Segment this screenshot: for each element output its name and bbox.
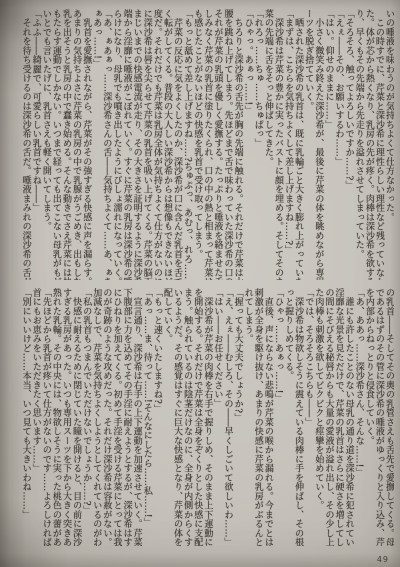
text-column: の間にそびえる秘唇からも大量の愛液が溢れ出し、その少し上に備わっ: [323, 288, 333, 546]
text-column: 深沙希は物欲しそうに震えている肉棒に手を伸ばし、その根元をぎゅ: [293, 288, 303, 546]
text-column: 「えぇ――その、お願いするわ……」: [333, 9, 343, 280]
text-column: 「もっと舐めて差し上げますね……?ちゅぷっ、あむっ、れろ……」: [182, 9, 192, 280]
text-column: 熟れた乳輪。その中央には、物欲しそうに実った桃色の蕾がある。: [51, 288, 61, 546]
text-column: 加減なしで、芹菜を気持ちよくしようとしてくれているのがわかる。: [91, 288, 101, 546]
text-column: 小さく微笑み終えた深沙希が、最後に芹菜の体を眺めながら専用ス: [313, 9, 323, 280]
text-column: を開始する。それだけで芹菜は全身をぞくりとした快感に支配されてし: [192, 288, 202, 546]
text-column: を内部からねっとりと侵食していく。: [364, 288, 374, 546]
text-column: 腰を跳ね上げてしまう。先ほどまで舌で味わっていた深沙希の口の中。: [222, 9, 232, 280]
text-column: あまりの気持ちよさに芹菜の乳房の中で乳腺がうごめき、出もしない母: [71, 9, 81, 280]
text-column: 「ふふ――綺麗で、可愛らしい乳首ですね――」: [31, 9, 41, 280]
text-column: も感じたことがないほどの快感を乳首で受け取ってしまう。: [192, 9, 202, 280]
text-column: 下腹部に力を込めてその手淫に耐えようとするが、深沙希はすぐに手首: [121, 288, 131, 546]
text-column: 「ひゃっ。あぁっ……!」: [243, 9, 253, 280]
text-block-top: いの唾液を味わうのが気持ちよくて仕方なかった。 この時すでに、芹菜と深沙希に理性…: [12, 9, 394, 280]
text-column: っと握りしめてくる。: [283, 288, 293, 546]
text-column: 「先ほどから乳首が疼いて仕方がないのです……よろしければ、私の乳: [41, 288, 51, 546]
text-column: 宣言通り、深沙希は右手の上下運動を加速させていく。芹菜は咄嗟に: [132, 288, 142, 546]
text-column: 首にもお恵みをいただきたく思います……」: [31, 288, 41, 546]
text-column: た肉棒も刺激を欲してビクビクと痙攣を始めていく。: [313, 288, 323, 546]
text-column: 乳首を愛撫されながら、芹菜がその強すぎる快感に声を漏らす。その: [81, 9, 91, 280]
text-column: らけになり、母乳でも噴き出したようにびしょ濡れになっていく。: [111, 9, 121, 280]
text-column: にひねりを加えてくる。初めて手淫を受ける芹菜にとっては我慢できた: [111, 288, 121, 546]
text-column: 刺激が全身を駆け抜け、あまりの快感に芹菜の乳房がぶるんと大きく揺: [253, 288, 263, 546]
text-column: 「別にいいけど……本当、いつ見ても大きいわね……」: [21, 288, 31, 546]
text-column: に深沙希は唇を尖らせて芹菜の乳首を吸い上げてくる。芹菜の脳天に凄: [142, 9, 152, 280]
text-column: 乳を出そうと乳房の中で蠢き始める。そんな動きでさえ芹菜には快感を: [61, 9, 71, 280]
text-column: 深沙希は芹菜の豊かに実ったバストに顔を埋める。そしてそのまま芹: [273, 9, 283, 280]
text-column: ぁあっ……!」: [91, 9, 101, 280]
text-column: まう。触られているのは陰茎だけなのに、全身が内側からくすぐられて: [182, 288, 192, 546]
text-column: まじいまでの快感電流が走り、その大きさを証明するように深沙希の口の: [132, 9, 142, 280]
text-column: 「れろっ……ちゅ……ちゅぱっ」: [253, 9, 263, 280]
text-column: それが芹菜の乳頭を優しく愛撫する。たっぷりと唾液を絡ませた舌が惜: [212, 9, 222, 280]
text-column: のが奇跡のような攻めだった。それだけ深沙希は容赦がない。一切の手: [101, 288, 111, 546]
text-column: 端から淫靡に唾液がこぼれていく。すぐに芹菜の乳房は深沙希の唾液だ: [121, 9, 131, 280]
text-column: 「はい。仰せのままに……」: [323, 9, 333, 280]
text-column: 「そろそろ、触ってよろしいですか……?」: [344, 9, 354, 280]
text-column: 「まずは、こちらを気持ちよくして差し上げますね……?」: [283, 9, 293, 280]
text-column: この時すでに、芹菜と深沙希に理性らしい理性など残っていなかっ: [374, 9, 384, 280]
text-column: れてしまう。: [243, 288, 253, 546]
text-column: 「え、えぇ――むしろ、その――早くしごいて欲しいわ……」: [222, 288, 232, 546]
text-column: もたらす運動でしかない。いつまで経っても出てこない母乳がもどかし: [51, 9, 61, 280]
scanned-book-page: いの唾液を味わうのが気持ちよくて仕方なかった。 この時すでに、芹菜と深沙希に理性…: [0, 0, 400, 567]
text-column: 晒された深沙希の乳首は、既に乳輪ごと大きく膨れ上がっていた。: [293, 9, 303, 280]
text-column: ちろりと深沙希の舌先が胸の先端に触れる。それだけで芹菜は大きく: [233, 9, 243, 280]
text-column: いの唾液を味わうのが気持ちよくて仕方なかった。: [384, 9, 394, 280]
text-block-bottom: の乳首――そしてその奥の乳管さえも舌先で愛撫してくる。母乳の出口であるはずのその…: [12, 288, 394, 546]
text-column: いとでも言いたげに、乳首さえも軽く開いてしまう。: [41, 9, 51, 280]
text-column: 「あっ……ま、待って……!そんなにしたら……私……!」: [142, 288, 152, 546]
text-column: であるはずのその管に深沙希の唾液がゆっくりと入り込み、芹菜の乳房: [374, 288, 384, 546]
text-column: いるようだ。その感覚はすぐに巨大な快感となり、芹菜の体を徐々に支: [172, 288, 182, 546]
text-column: 菜の先端に舌をそっと伸ばしてきた。: [263, 9, 273, 280]
text-column: しみなく芹菜の乳首に塗りたくられ、口の中の熱と相まって芹菜は今まで: [202, 9, 212, 280]
text-column: 快感に耐えるために閉じていた瞳を開けると、目の前に深沙希の豊満: [71, 288, 81, 546]
text-column: り、早くもその先端から先走りを溢れさせてしまっていた。: [354, 9, 364, 280]
text-column: 深沙希が芹菜の肉棒を右手で握りしめ、そのまま上下運動による摩擦: [202, 288, 212, 546]
text-column: ーツを脱ぎ捨てていく。: [303, 9, 313, 280]
text-column: 「はい――お任せください」: [212, 288, 222, 546]
text-column: く転がしてくる。普段の大人しい深沙希からは想像もできないほどの速: [162, 9, 172, 280]
page-number: 49: [377, 555, 389, 564]
text-column: 「あ、ぁあぁっ……深沙希さんの舌――気持ちよくて……あ、ぁあぁ: [101, 9, 111, 280]
text-column: た。体が芯から熱くなり、乳房の先が疼く。肉棒は深沙希を欲するあま: [364, 9, 374, 280]
text-column: の乳首――そしてその奥の乳管さえも舌先で愛撫してくる。母乳の出口: [384, 288, 394, 546]
text-column: 「私の乳首もつまんでいただけないでしょうか……?」: [81, 288, 91, 546]
text-column: 直後、声にならない悲鳴が芹菜の喉から漏れる。今までとは段違いの: [263, 288, 273, 546]
text-column: 芹菜の反応に気をよくしたのか、深沙希が口に含んだ乳首を舌で激し: [172, 9, 182, 280]
text-column: それを待ち受けるのは深沙希の舌だ。唾液まみれの深沙希の舌が芹菜: [21, 9, 31, 280]
text-column: 誰にも許したことのない母乳の通り道を深沙希に犯されていく。その: [344, 288, 354, 546]
text-column: 「あ、ああっ……深沙希さん、そんな……!」: [354, 288, 364, 546]
text-column: 「もっと速くいたしますね?」: [152, 288, 162, 546]
text-column: 淫靡な光景を見ただけで、芹菜の乳首はさらに硬さを増してしまう。足: [333, 288, 343, 546]
text-column: 度だ。それだけでも芹菜は乳房全体が気持ちよくて仕方がないのに、さら: [152, 9, 162, 280]
text-column: 「では、そろそろこちらも――」: [303, 288, 313, 546]
text-column: 配していく。: [162, 288, 172, 546]
text-column: 「ひゃっ……あぁっ……!」: [273, 288, 283, 546]
text-column: すぎる乳房があった。いつも専用スーツを下から大きく突きあげている: [61, 288, 71, 546]
text-column: 「握っても大丈夫でしょうか?」: [233, 288, 243, 546]
